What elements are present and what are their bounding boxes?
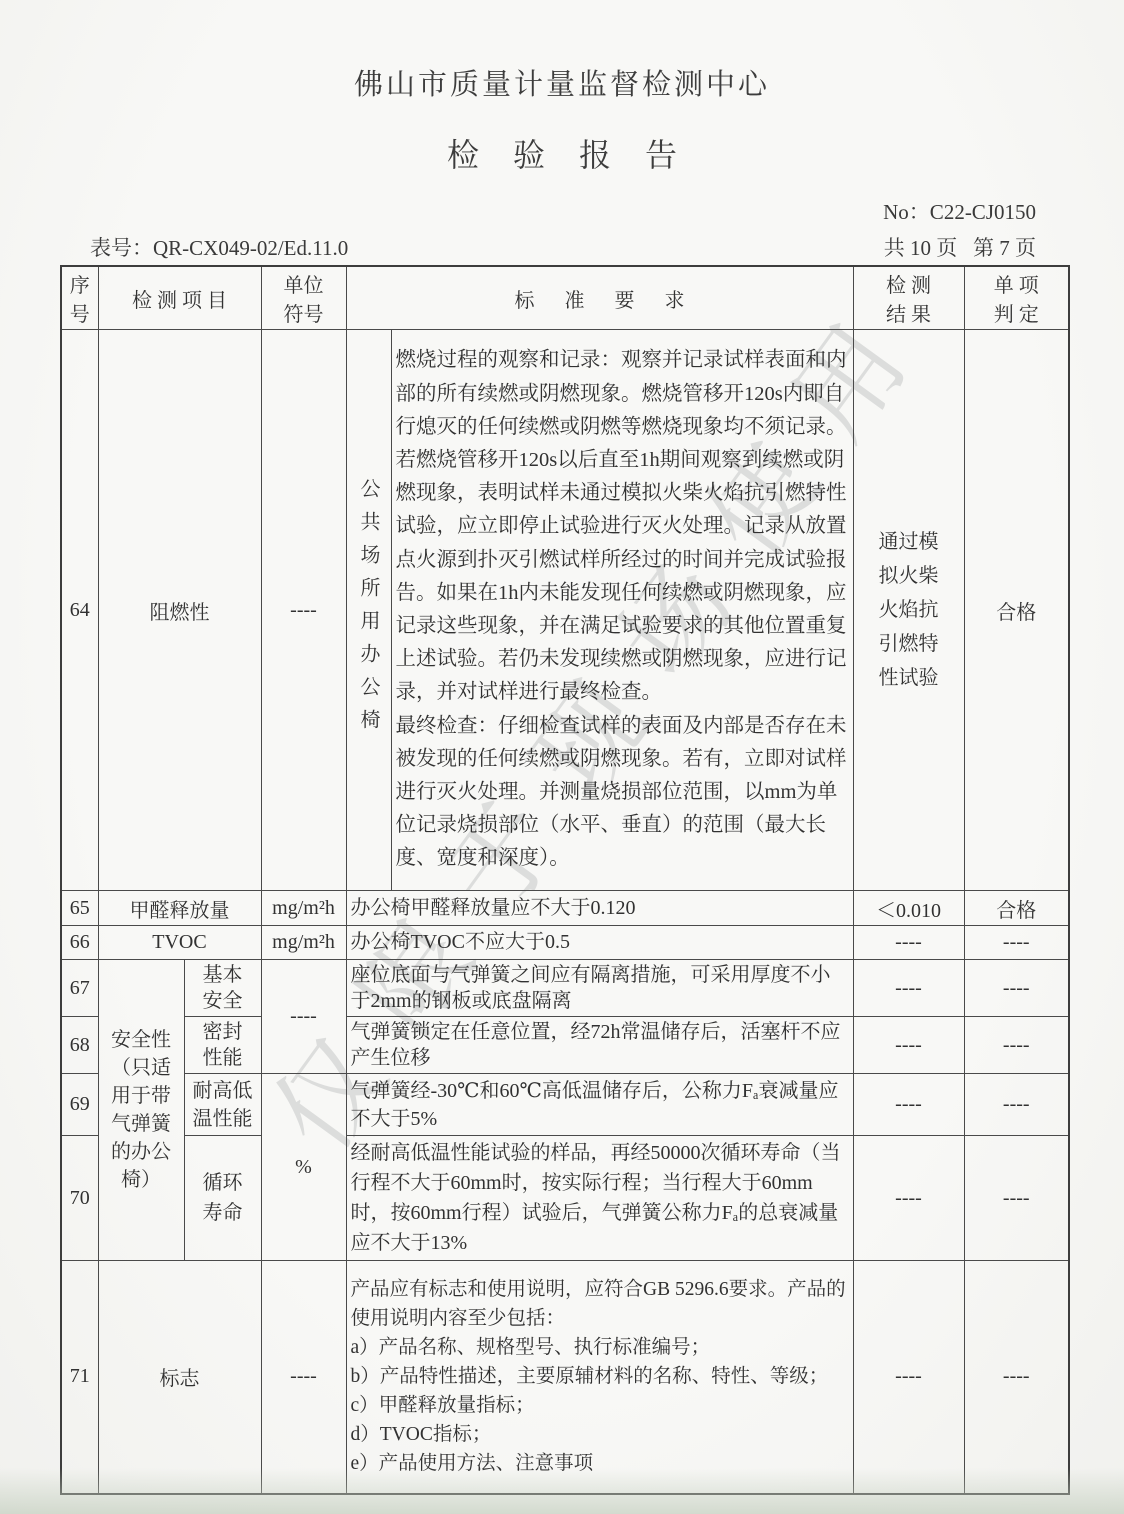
header-requirement: 标 准 要 求	[346, 266, 853, 330]
row64-result: 通过模 拟火柴 火焰抗 引燃特 性试验	[853, 330, 964, 891]
form-number: 表号：QR-CX049-02/Ed.11.0	[90, 232, 348, 262]
table-row-65: 65 甲醛释放量 mg/m²h 办公椅甲醛释放量应不大于0.120 ＜0.010…	[61, 891, 1069, 926]
row64-requirement-p2: 最终检查：仔细检查试样的表面及内部是否存在未被发现的任何续燃或阴燃现象。若有，立…	[396, 710, 849, 876]
table-row-70: 70 循环 寿命 经耐高低温性能试验的样品，再经50000次循环寿命（当行程不大…	[61, 1136, 1069, 1261]
header-row: 序 号 检 测 项 目 单位 符号 标 准 要 求 检 测 结 果 单 项 判 …	[61, 266, 1069, 330]
row64-item: 阻燃性	[98, 330, 261, 891]
row67-judgement: ----	[964, 960, 1069, 1017]
row71-item: 标志	[98, 1261, 261, 1494]
row69-seq: 69	[61, 1074, 98, 1136]
row67-requirement: 座位底面与气弹簧之间应有隔离措施，可采用厚度不小于2mm的钢板或底盘隔离	[346, 960, 853, 1017]
row65-requirement: 办公椅甲醛释放量应不大于0.120	[346, 891, 853, 926]
row65-result: ＜0.010	[853, 891, 964, 926]
row70-requirement: 经耐高低温性能试验的样品，再经50000次循环寿命（当行程不大于60mm时，按实…	[346, 1136, 853, 1261]
safety-group-item: 安全性 （只适 用于带 气弹簧 的办公 椅）	[98, 960, 184, 1261]
table-row-64: 64 阻燃性 ---- 公共场所用办公椅 燃烧过程的观察和记录：观察并记录试样表…	[61, 330, 1069, 891]
row66-judgement: ----	[964, 926, 1069, 960]
row68-requirement: 气弹簧锁定在任意位置，经72h常温储存后，活塞杆不应产生位移	[346, 1017, 853, 1074]
row64-requirement-p1: 燃烧过程的观察和记录：观察并记录试样表面和内部的所有续燃或阴燃现象。燃烧管移开1…	[396, 344, 849, 709]
header-unit: 单位 符号	[261, 266, 346, 330]
report-page: 仅限于现场使用 佛山市质量计量监督检测中心 检 验 报 告 No：C22-CJ0…	[0, 0, 1124, 1514]
row66-item: TVOC	[98, 926, 261, 960]
row65-judgement: 合格	[964, 891, 1069, 926]
table-row-68: 68 密封 性能 气弹簧锁定在任意位置，经72h常温储存后，活塞杆不应产生位移 …	[61, 1017, 1069, 1074]
org-name: 佛山市质量计量监督检测中心	[0, 62, 1124, 103]
row67-subitem: 基本 安全	[184, 960, 261, 1017]
header-item: 检 测 项 目	[98, 266, 261, 330]
table-row-66: 66 TVOC mg/m²h 办公椅TVOC不应大于0.5 ---- ----	[61, 926, 1069, 960]
row71-judgement: ----	[964, 1261, 1069, 1494]
row68-subitem: 密封 性能	[184, 1017, 261, 1074]
row69-requirement: 气弹簧经-30℃和60℃高低温储存后，公称力Fₐ衰减量应不大于5%	[346, 1074, 853, 1136]
row66-result: ----	[853, 926, 964, 960]
row68-result: ----	[853, 1017, 964, 1074]
table-row-67: 67 安全性 （只适 用于带 气弹簧 的办公 椅） 基本 安全 ---- 座位底…	[61, 960, 1069, 1017]
header-result: 检 测 结 果	[853, 266, 964, 330]
row70-judgement: ----	[964, 1136, 1069, 1261]
inspection-table: 序 号 检 测 项 目 单位 符号 标 准 要 求 检 测 结 果 单 项 判 …	[60, 265, 1070, 1495]
unit-rows-69-70: %	[261, 1074, 346, 1261]
table-row-71: 71 标志 ---- 产品应有标志和使用说明，应符合GB 5296.6要求。产品…	[61, 1261, 1069, 1494]
pagination: 共 10 页 第 7 页	[884, 232, 1036, 262]
row66-seq: 66	[61, 926, 98, 960]
row71-requirement: 产品应有标志和使用说明，应符合GB 5296.6要求。产品的使用说明内容至少包括…	[346, 1261, 853, 1494]
table-row-69: 69 耐高低 温性能 % 气弹簧经-30℃和60℃高低温储存后，公称力Fₐ衰减量…	[61, 1074, 1069, 1136]
row64-scope: 公共场所用办公椅	[346, 330, 391, 891]
row67-seq: 67	[61, 960, 98, 1017]
row65-unit: mg/m²h	[261, 891, 346, 926]
row71-seq: 71	[61, 1261, 98, 1494]
row66-unit: mg/m²h	[261, 926, 346, 960]
row64-unit: ----	[261, 330, 346, 891]
row64-judgement: 合格	[964, 330, 1069, 891]
report-number: No：C22-CJ0150	[883, 196, 1036, 226]
row65-item: 甲醛释放量	[98, 891, 261, 926]
row69-judgement: ----	[964, 1074, 1069, 1136]
row71-result: ----	[853, 1261, 964, 1494]
header-judgement: 单 项 判 定	[964, 266, 1069, 330]
row65-seq: 65	[61, 891, 98, 926]
row64-seq: 64	[61, 330, 98, 891]
row64-scope-text: 公共场所用办公椅	[354, 478, 383, 742]
row70-seq: 70	[61, 1136, 98, 1261]
row66-requirement: 办公椅TVOC不应大于0.5	[346, 926, 853, 960]
unit-rows-67-68: ----	[261, 960, 346, 1074]
row70-result: ----	[853, 1136, 964, 1261]
row71-unit: ----	[261, 1261, 346, 1494]
row69-result: ----	[853, 1074, 964, 1136]
header-seq: 序 号	[61, 266, 98, 330]
row69-subitem: 耐高低 温性能	[184, 1074, 261, 1136]
doc-title: 检 验 报 告	[0, 130, 1124, 176]
row67-result: ----	[853, 960, 964, 1017]
row68-seq: 68	[61, 1017, 98, 1074]
row64-requirement: 燃烧过程的观察和记录：观察并记录试样表面和内部的所有续燃或阴燃现象。燃烧管移开1…	[391, 330, 853, 891]
row68-judgement: ----	[964, 1017, 1069, 1074]
row70-subitem: 循环 寿命	[184, 1136, 261, 1261]
